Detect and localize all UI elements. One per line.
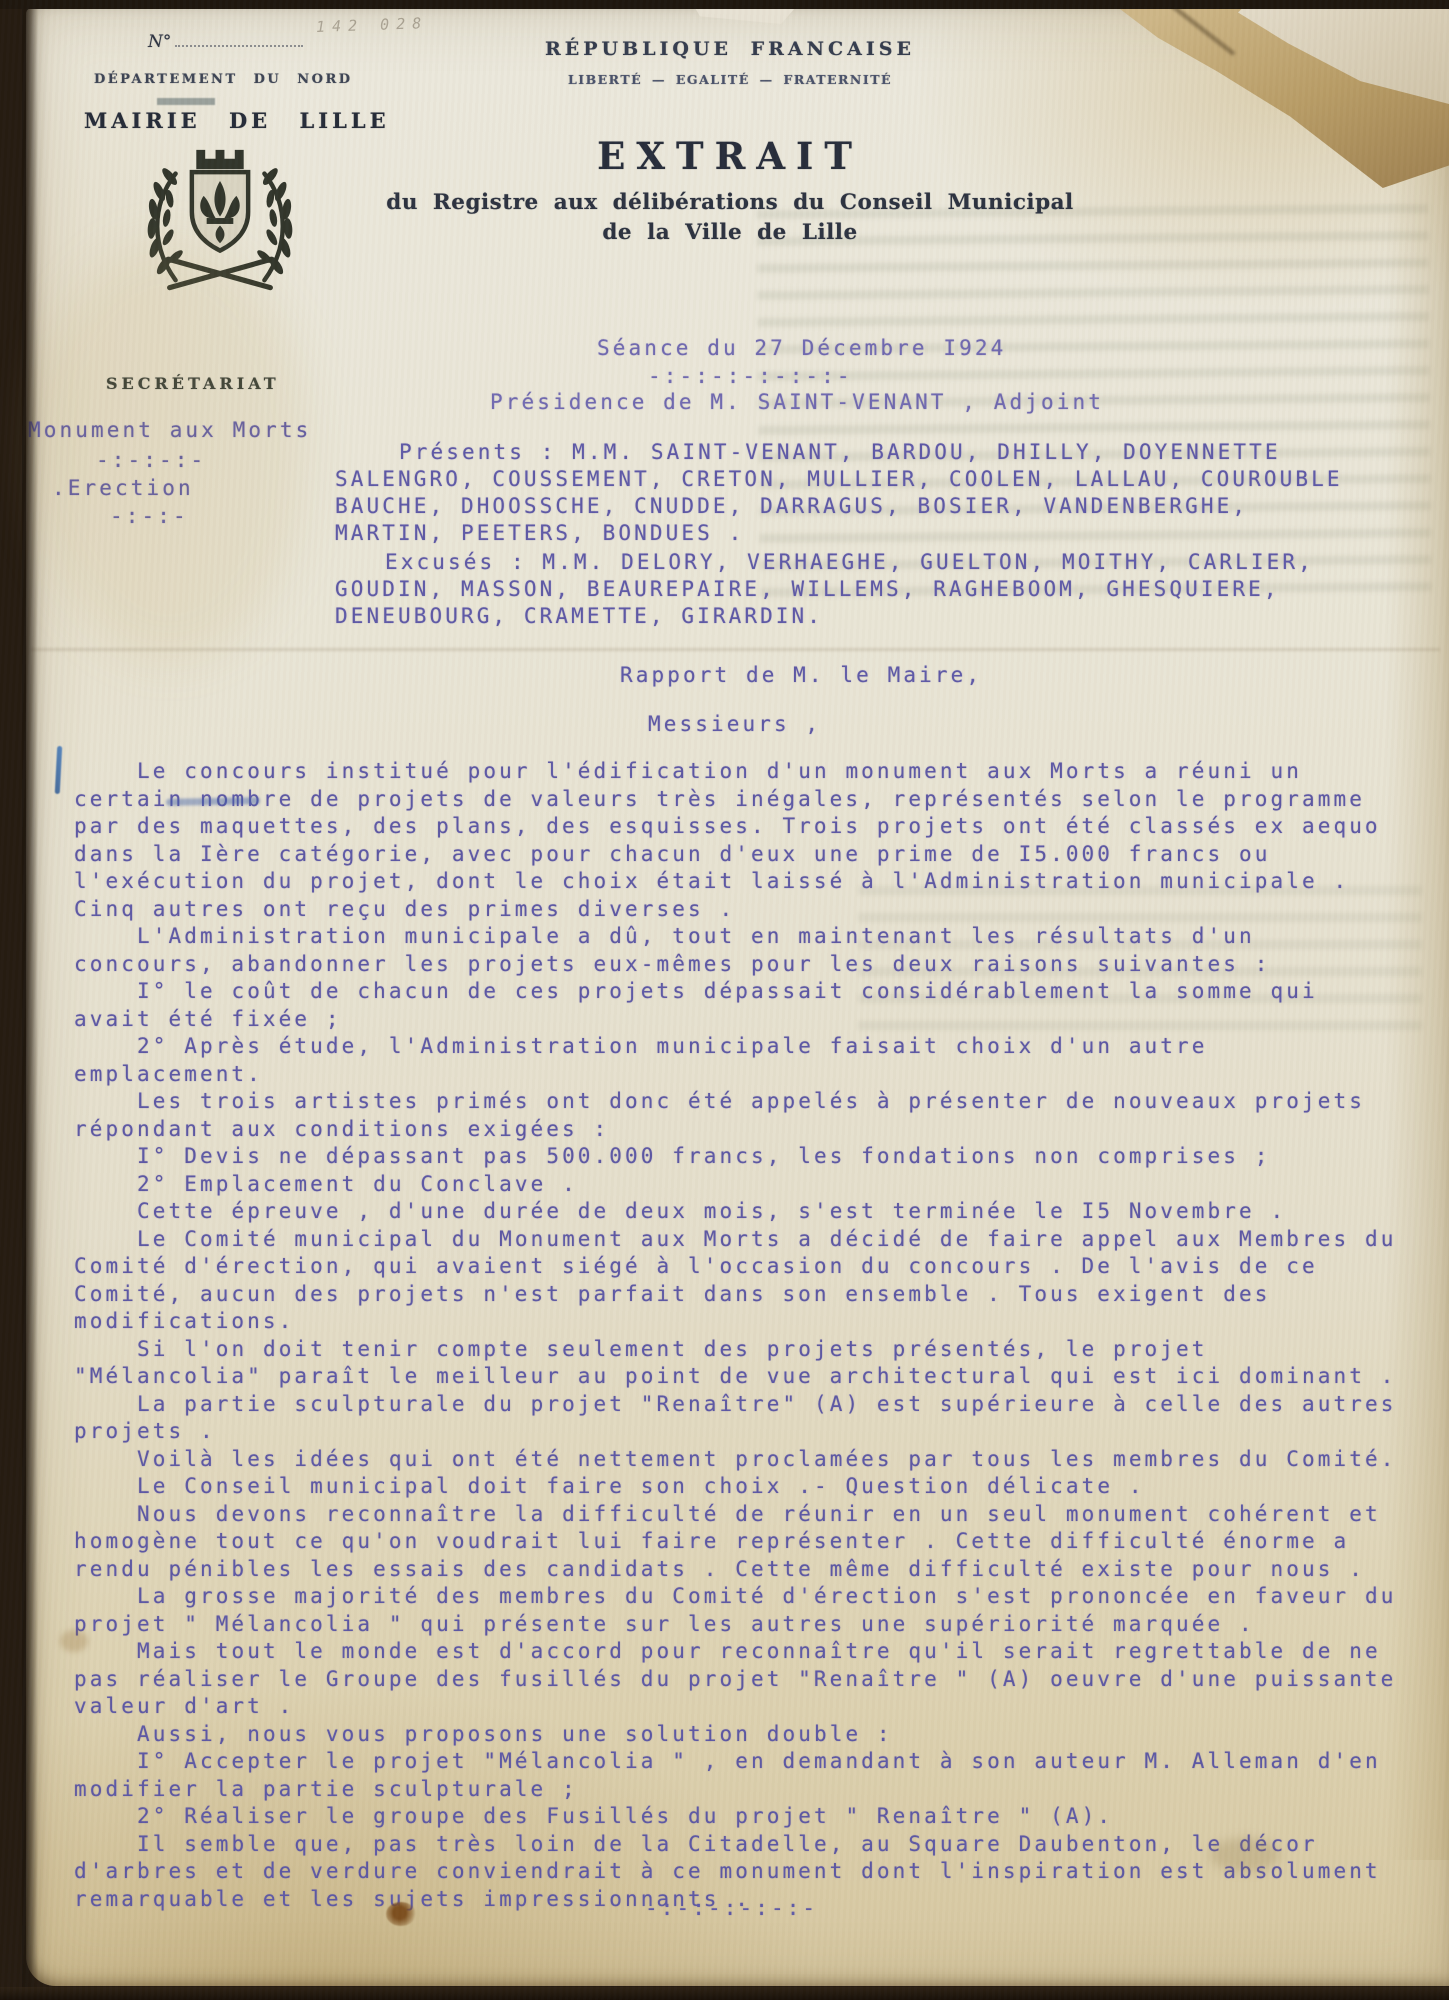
body-paragraph: La grosse majorité des membres du Comité… bbox=[74, 1583, 1410, 1638]
mairie-title: MAIRIE DE LILLE bbox=[84, 108, 390, 133]
excuses-line: GOUDIN, MASSON, BEAUREPAIRE, WILLEMS, RA… bbox=[335, 576, 1314, 603]
paper-stain bbox=[1210, 1838, 1280, 1872]
photo-edge bbox=[0, 0, 1449, 9]
scanned-document-photo: 142 028 N° DÉPARTEMENT DU NORD MAIRIE DE… bbox=[0, 0, 1449, 2000]
body-paragraph: Voilà les idées qui ont été nettement pr… bbox=[74, 1446, 1410, 1474]
body-paragraph: La partie sculpturale du projet "Renaîtr… bbox=[74, 1391, 1410, 1446]
presents-line: SALENGRO, COUSSEMENT, CRETON, MULLIER, C… bbox=[335, 466, 1343, 493]
number-blank-line bbox=[175, 45, 303, 47]
body-paragraph: Aussi, nous vous proposons une solution … bbox=[74, 1721, 1410, 1749]
body-paragraph: I° Accepter le projet "Mélancolia " , en… bbox=[74, 1748, 1410, 1803]
document-number-field: N° bbox=[148, 32, 303, 52]
number-label: N° bbox=[148, 32, 171, 52]
body-paragraph: Mais tout le monde est d'accord pour rec… bbox=[74, 1638, 1410, 1721]
presents-list: Présents : M.M. SAINT-VENANT, BARDOU, DH… bbox=[335, 439, 1343, 547]
presents-line: MARTIN, PEETERS, BONDUES . bbox=[335, 520, 1343, 547]
report-heading: Rapport de M. le Maire, bbox=[620, 663, 982, 687]
body-paragraph: I° le coût de chacun de ces projets dépa… bbox=[74, 978, 1410, 1033]
body-paragraph: 2° Réaliser le groupe des Fusillés du pr… bbox=[74, 1803, 1410, 1831]
body-paragraph: Si l'on doit tenir compte seulement des … bbox=[74, 1336, 1410, 1391]
report-body: Le concours institué pour l'édification … bbox=[74, 758, 1410, 1913]
paper-stain bbox=[30, 240, 310, 660]
document-title-block: EXTRAIT du Registre aux délibérations du… bbox=[358, 134, 1102, 245]
body-paragraph: 2° Emplacement du Conclave . bbox=[74, 1171, 1410, 1199]
department-label: DÉPARTEMENT DU NORD bbox=[94, 72, 353, 87]
report-salutation: Messieurs , bbox=[648, 712, 821, 736]
photo-edge bbox=[0, 1987, 1449, 2000]
body-paragraph: Les trois artistes primés ont donc été a… bbox=[74, 1088, 1410, 1143]
paper-stain bbox=[386, 1902, 416, 1926]
closing-divider: -:-:-:-:-:- bbox=[645, 1896, 818, 1920]
seance-date: Séance du 27 Décembre I924 bbox=[597, 336, 1006, 360]
presents-line: Présents : M.M. SAINT-VENANT, BARDOU, DH… bbox=[335, 439, 1343, 466]
presents-line: BAUCHE, DHOOSSCHE, CNUDDE, DARRAGUS, BOS… bbox=[335, 493, 1343, 520]
title-subtitle: du Registre aux délibérations du Conseil… bbox=[358, 190, 1102, 215]
body-paragraph: Le concours institué pour l'édification … bbox=[74, 758, 1410, 923]
photo-edge bbox=[22, 0, 38, 2000]
title-subtitle: de la Ville de Lille bbox=[358, 220, 1102, 245]
republique-title: RÉPUBLIQUE FRANCAISE bbox=[518, 38, 942, 60]
typed-divider: -:-:-:-:-:-:- bbox=[648, 364, 853, 388]
excuses-list: Excusés : M.M. DELORY, VERHAEGHE, GUELTO… bbox=[335, 549, 1314, 630]
body-paragraph: Nous devons reconnaître la difficulté de… bbox=[74, 1501, 1410, 1584]
divider-rule bbox=[157, 98, 215, 105]
paper-stain bbox=[60, 1630, 88, 1652]
body-paragraph: Cette épreuve , d'une durée de deux mois… bbox=[74, 1198, 1410, 1226]
paper-fold-line bbox=[30, 648, 1440, 651]
devise-motto: LIBERTÉ — EGALITÉ — FRATERNITÉ bbox=[518, 72, 942, 87]
mural-crown bbox=[196, 150, 243, 169]
body-paragraph: I° Devis ne dépassant pas 500.000 francs… bbox=[74, 1143, 1410, 1171]
presidence-line: Présidence de M. SAINT-VENANT , Adjoint bbox=[490, 390, 1104, 414]
body-paragraph: L'Administration municipale a dû, tout e… bbox=[74, 923, 1410, 978]
body-paragraph: 2° Après étude, l'Administration municip… bbox=[74, 1033, 1410, 1088]
body-paragraph: Le Comité municipal du Monument aux Mort… bbox=[74, 1226, 1410, 1336]
excuses-line: DENEUBOURG, CRAMETTE, GIRARDIN. bbox=[335, 603, 1314, 630]
page-title: EXTRAIT bbox=[358, 134, 1102, 178]
excuses-line: Excusés : M.M. DELORY, VERHAEGHE, GUELTO… bbox=[335, 549, 1314, 576]
body-paragraph: Le Conseil municipal doit faire son choi… bbox=[74, 1473, 1410, 1501]
